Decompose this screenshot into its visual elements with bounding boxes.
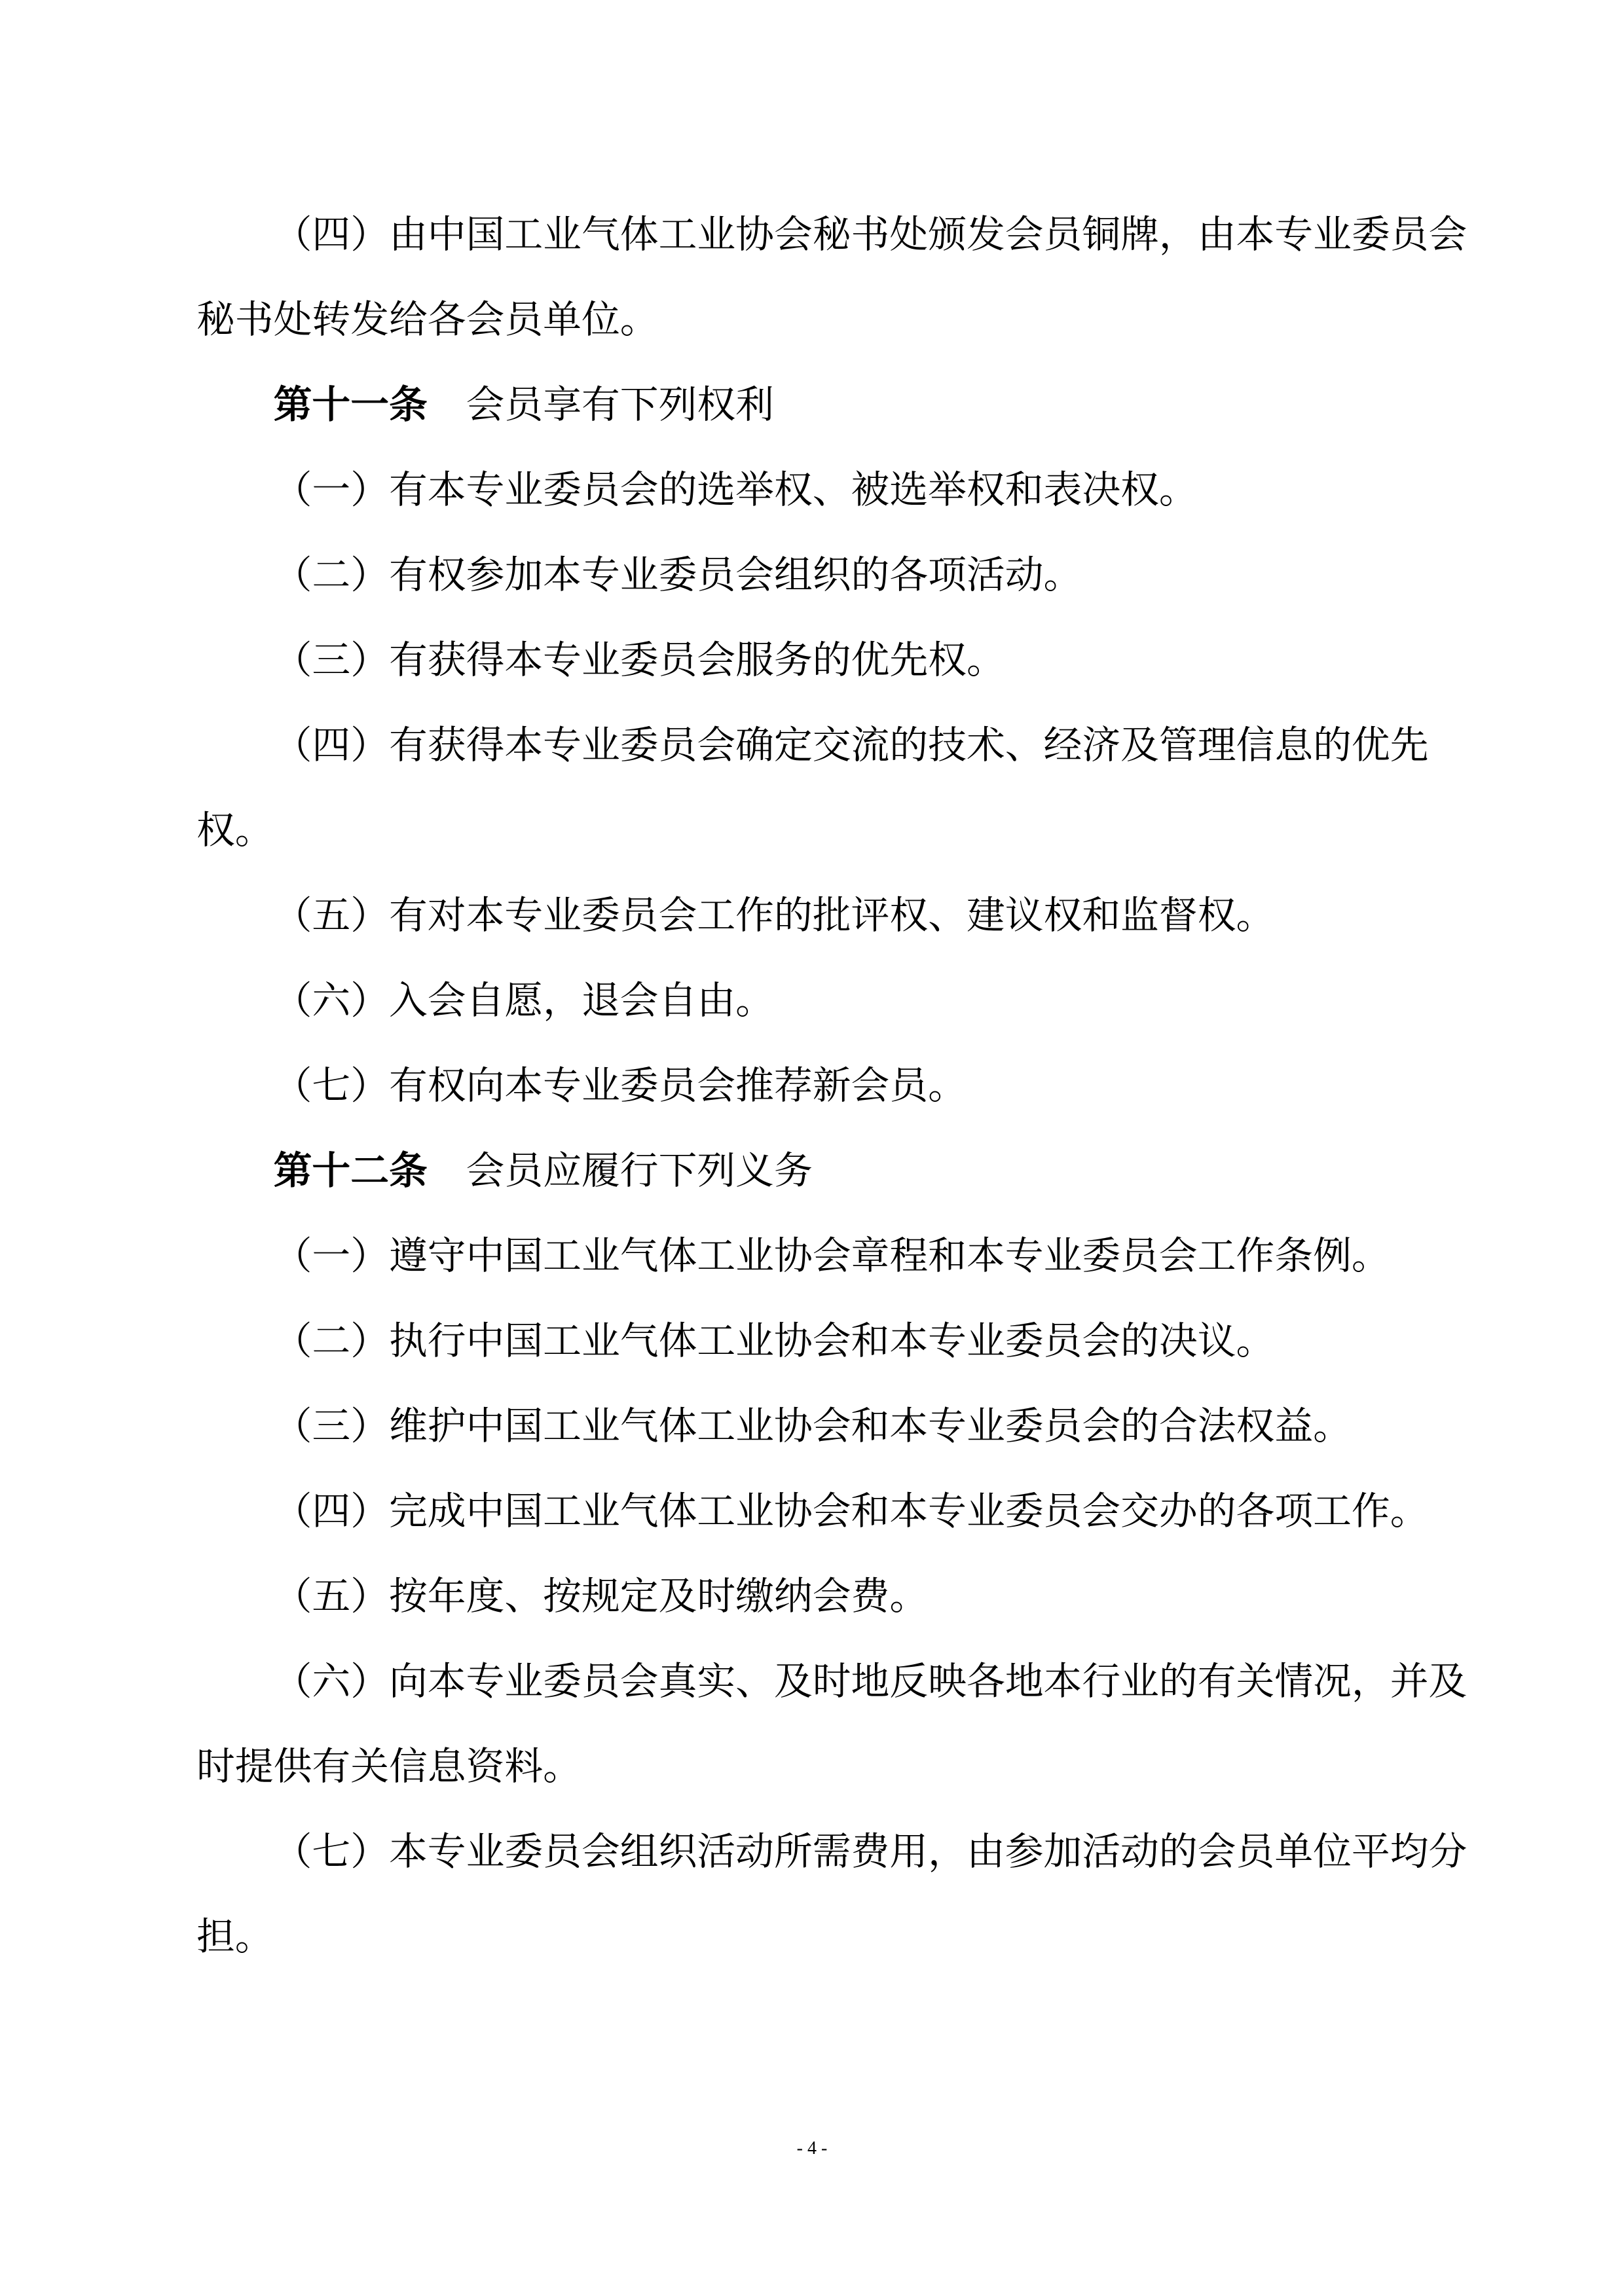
duties-item-2: （二）执行中国工业气体工业协会和本专业委员会的决议。 — [196, 1299, 1429, 1384]
article-title: 会员享有下列权利 — [466, 384, 774, 426]
rights-item-7: （七）有权向本专业委员会推荐新会员。 — [196, 1044, 1429, 1129]
rights-item-6: （六）入会自愿，退会自由。 — [196, 958, 1429, 1044]
article-11-heading: 第十一条会员享有下列权利 — [196, 363, 1429, 448]
article-number: 第十二条 — [274, 1150, 428, 1192]
document-page: （四）由中国工业气体工业协会秘书处颁发会员铜牌，由本专业委员会 秘书处转发给各会… — [0, 0, 1624, 2296]
rights-item-5: （五）有对本专业委员会工作的批评权、建议权和监督权。 — [196, 873, 1429, 958]
article-number: 第十一条 — [274, 384, 428, 426]
article-12-heading: 第十二条会员应履行下列义务 — [196, 1129, 1429, 1214]
paragraph-line-continuation: 秘书处转发给各会员单位。 — [196, 278, 1429, 363]
page-number: - 4 - — [0, 2136, 1624, 2162]
article-title: 会员应履行下列义务 — [466, 1150, 813, 1192]
rights-item-3: （三）有获得本专业委员会服务的优先权。 — [196, 618, 1429, 703]
duties-item-7: （七）本专业委员会组织活动所需费用，由参加活动的会员单位平均分 — [196, 1810, 1429, 1895]
duties-item-7-continuation: 担。 — [196, 1895, 1429, 1980]
paragraph-line-item-4-cont: （四）由中国工业气体工业协会秘书处颁发会员铜牌，由本专业委员会 — [196, 192, 1429, 278]
rights-item-4-continuation: 权。 — [196, 788, 1429, 873]
document-body: （四）由中国工业气体工业协会秘书处颁发会员铜牌，由本专业委员会 秘书处转发给各会… — [196, 192, 1429, 1980]
duties-item-5: （五）按年度、按规定及时缴纳会费。 — [196, 1554, 1429, 1639]
rights-item-2: （二）有权参加本专业委员会组织的各项活动。 — [196, 533, 1429, 618]
rights-item-1: （一）有本专业委员会的选举权、被选举权和表决权。 — [196, 448, 1429, 533]
rights-item-4: （四）有获得本专业委员会确定交流的技术、经济及管理信息的优先 — [196, 703, 1429, 788]
duties-item-6-continuation: 时提供有关信息资料。 — [196, 1724, 1429, 1810]
duties-item-6: （六）向本专业委员会真实、及时地反映各地本行业的有关情况，并及 — [196, 1639, 1429, 1724]
duties-item-3: （三）维护中国工业气体工业协会和本专业委员会的合法权益。 — [196, 1384, 1429, 1469]
duties-item-1: （一）遵守中国工业气体工业协会章程和本专业委员会工作条例。 — [196, 1214, 1429, 1299]
duties-item-4: （四）完成中国工业气体工业协会和本专业委员会交办的各项工作。 — [196, 1469, 1429, 1554]
